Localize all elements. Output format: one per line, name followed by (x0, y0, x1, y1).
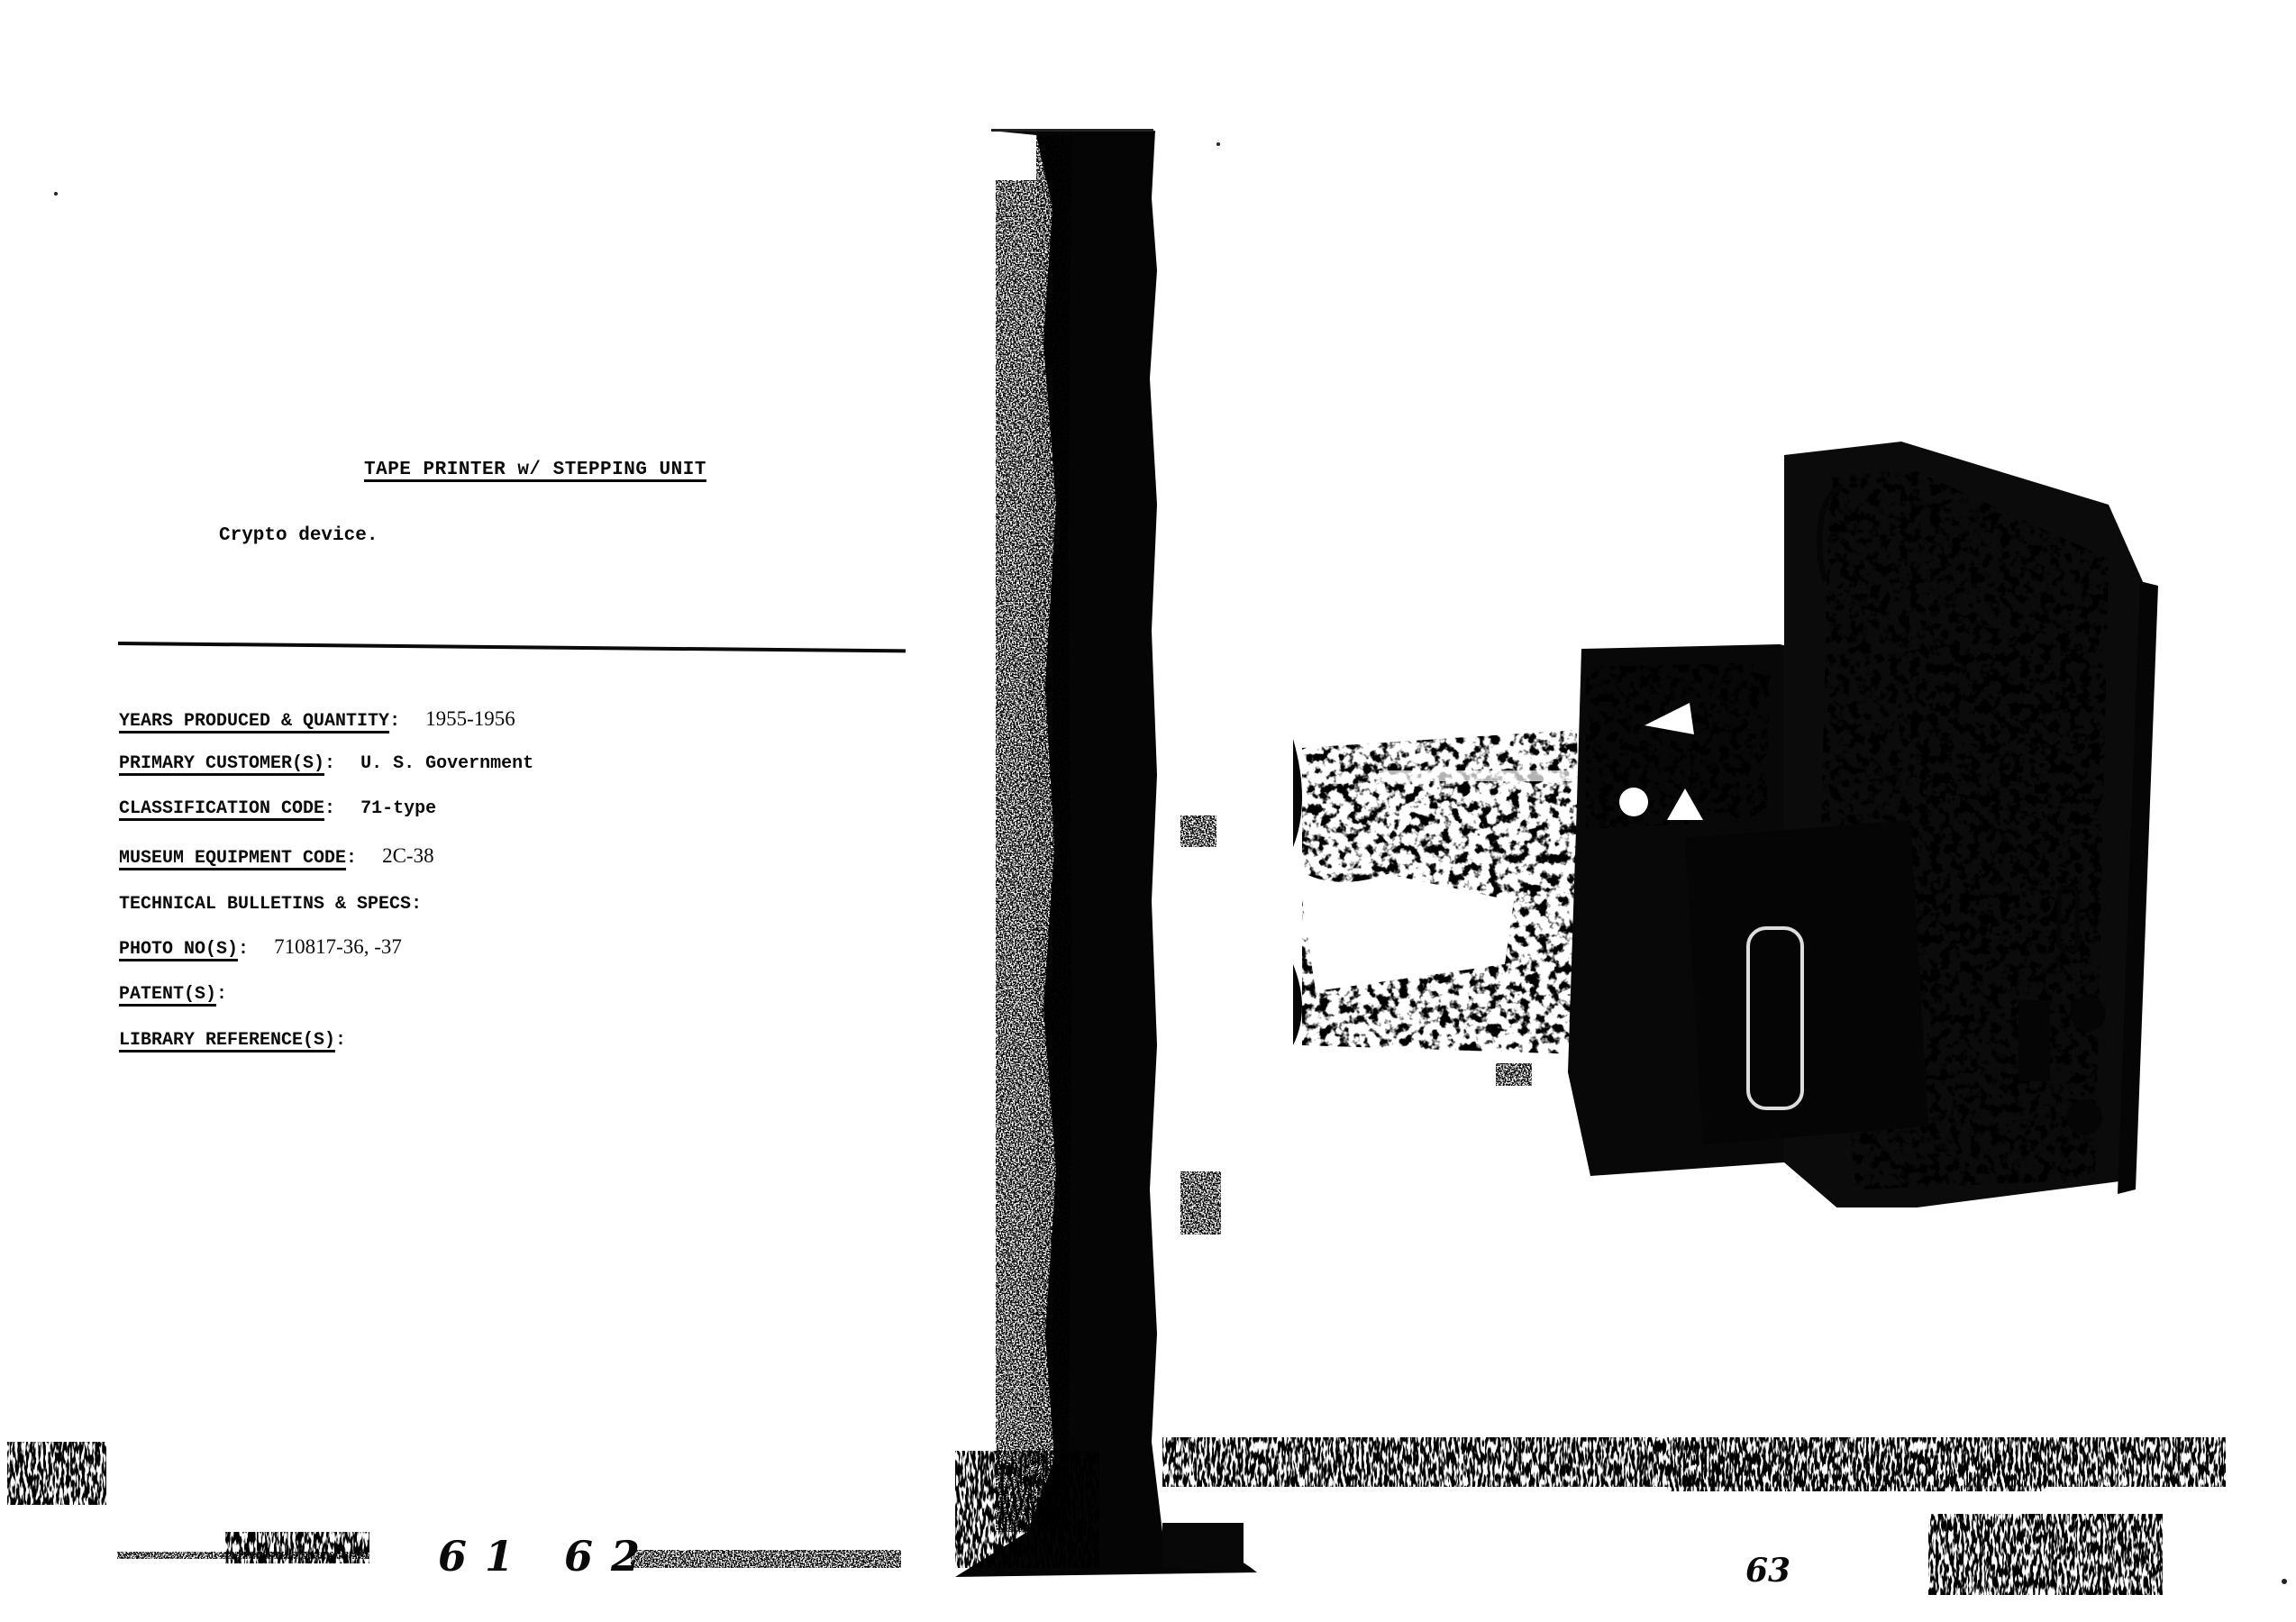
binding-gutter-strip (955, 129, 1257, 1577)
document-description: Crypto device. (219, 525, 378, 546)
document-title: TAPE PRINTER w/ STEPPING UNIT (364, 460, 706, 480)
field-label: PHOTO NO(S) (119, 939, 238, 960)
field-value: 2C-38 (382, 844, 434, 867)
section-divider (118, 642, 906, 652)
handwritten-page-numbers: 61 62 (438, 1532, 658, 1581)
field-value: 710817-36, -37 (274, 935, 402, 958)
field-library-references: LIBRARY REFERENCE(S): (119, 1026, 360, 1051)
tape-roll (1293, 730, 1581, 1054)
field-label: YEARS PRODUCED & QUANTITY (119, 711, 389, 732)
field-value: U. S. Government (360, 753, 533, 774)
field-label: TECHNICAL BULLETINS & SPECS (119, 894, 411, 915)
field-label: MUSEUM EQUIPMENT CODE (119, 848, 346, 869)
field-label: CLASSIFICATION CODE (119, 798, 324, 819)
field-technical-bulletins: TECHNICAL BULLETINS & SPECS: (119, 890, 436, 915)
handwritten-page-number: 63 (1745, 1552, 1790, 1590)
field-classification-code: CLASSIFICATION CODE: 71-type (119, 798, 436, 819)
bottom-scan-smears (7, 1437, 2226, 1595)
field-years-produced: YEARS PRODUCED & QUANTITY: 1955-1956 (119, 707, 515, 732)
field-value: 71-type (360, 798, 436, 819)
field-primary-customer: PRIMARY CUSTOMER(S): U. S. Government (119, 753, 533, 774)
field-label: PATENT(S) (119, 984, 216, 1005)
field-patents: PATENT(S): (119, 980, 241, 1005)
field-value: 1955-1956 (425, 707, 515, 730)
field-photo-numbers: PHOTO NO(S): 710817-36, -37 (119, 935, 402, 960)
field-museum-equipment-code: MUSEUM EQUIPMENT CODE: 2C-38 (119, 844, 434, 869)
device-photo (1280, 424, 2217, 1207)
field-label: PRIMARY CUSTOMER(S) (119, 753, 324, 774)
printer-chassis (1568, 442, 2158, 1207)
field-label: LIBRARY REFERENCE(S) (119, 1030, 335, 1051)
